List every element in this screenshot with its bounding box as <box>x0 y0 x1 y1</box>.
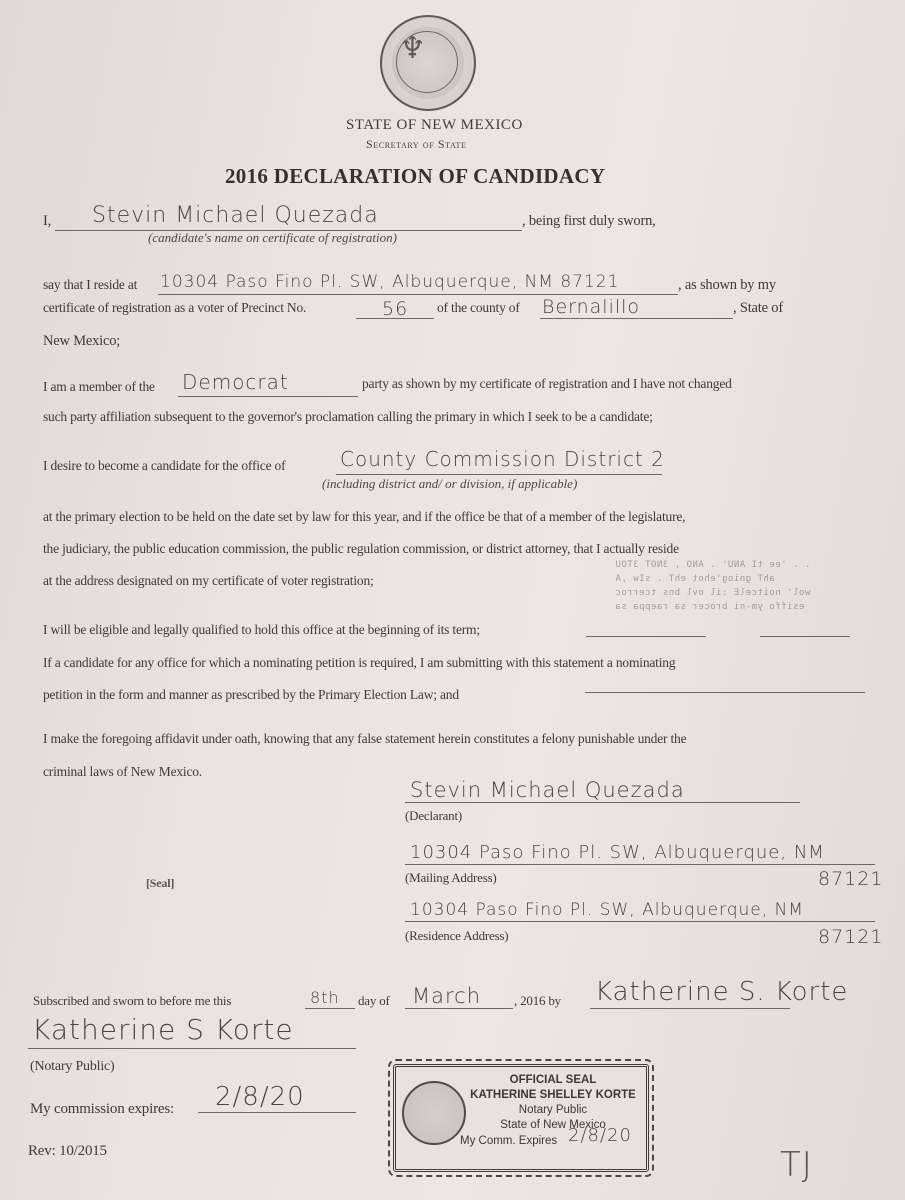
county-suffix: , State of <box>733 300 783 317</box>
prefix-i: I, <box>43 213 51 230</box>
residence-field[interactable]: 10304 Paso Fino Pl. SW, Albuquerque, NM … <box>160 272 619 292</box>
eligible-line <box>586 636 706 637</box>
primary-paragraph-1: at the primary election to be held on th… <box>43 509 685 525</box>
day-field[interactable]: 8th <box>310 988 340 1007</box>
party-line <box>178 396 358 397</box>
mailing-line <box>405 864 875 865</box>
day-of-text: day of <box>358 993 390 1009</box>
seal-placeholder: [Seal] <box>146 876 174 891</box>
bleed-through-text: esiffo ym-ni brocer sa raeppa sa <box>615 602 804 612</box>
party-field[interactable]: Democrat <box>182 370 289 394</box>
notary-signature-line <box>28 1048 356 1049</box>
declarant-label: (Declarant) <box>405 808 462 824</box>
residence-sig-line <box>405 921 875 922</box>
primary-paragraph-2: the judiciary, the public education comm… <box>43 541 679 557</box>
petition-paragraph-2: petition in the form and manner as presc… <box>43 687 459 703</box>
notary-by-name-field[interactable]: Katherine S. Korte <box>595 977 848 1007</box>
eligible-paragraph: I will be eligible and legally qualified… <box>43 622 480 638</box>
affidavit-paragraph-2: criminal laws of New Mexico. <box>43 764 202 780</box>
reside-suffix: , as shown by my <box>678 277 776 294</box>
office-prefix: I desire to become a candidate for the o… <box>43 458 285 474</box>
mailing-label: (Mailing Address) <box>405 870 497 886</box>
bleed-through-text: wol' noitcelE :il ovl bns tcerroc <box>615 588 810 598</box>
residence-line <box>158 294 678 295</box>
commission-expires-field[interactable]: 2/8/20 <box>215 1082 305 1112</box>
state-heading: STATE OF NEW MEXICO <box>346 117 523 134</box>
by-line <box>590 1008 790 1009</box>
bleed-through-text: ahT gniog'ehot ehT . sIw ,A <box>615 574 775 584</box>
eligible-line-2 <box>760 636 850 637</box>
county-prefix: of the county of <box>437 300 520 316</box>
commission-label: My commission expires: <box>30 1101 174 1118</box>
county-field[interactable]: Bernalillo <box>542 296 640 318</box>
notary-seal-icon <box>402 1081 466 1145</box>
residence-zip-field[interactable]: 87121 <box>818 926 883 948</box>
petition-line <box>585 692 865 693</box>
mailing-address-field[interactable]: 10304 Paso Fino Pl. SW, Albuquerque, NM <box>410 842 825 863</box>
official-seal-stamp: OFFICIAL SEAL KATHERINE SHELLEY KORTE No… <box>393 1064 649 1172</box>
mailing-zip-field[interactable]: 87121 <box>818 868 883 890</box>
month-line <box>405 1008 513 1009</box>
party-suffix: party as shown by my certificate of regi… <box>362 376 732 392</box>
residence-label: (Residence Address) <box>405 928 508 944</box>
stamp-expires-field[interactable]: 2/8/20 <box>568 1125 632 1146</box>
stamp-line-5: My Comm. Expires <box>460 1134 557 1149</box>
state-seal-icon: ♆ <box>380 15 476 111</box>
affidavit-paragraph-1: I make the foregoing affidavit under oat… <box>43 731 686 747</box>
candidate-name-field[interactable]: Stevin Michael Quezada <box>92 203 379 228</box>
name-caption: (candidate's name on certificate of regi… <box>148 230 397 246</box>
petition-paragraph-1: If a candidate for any office for which … <box>43 655 675 671</box>
precinct-field[interactable]: 56 <box>382 298 408 320</box>
revision-label: Rev: 10/2015 <box>28 1143 107 1160</box>
notary-signature[interactable]: Katherine S Korte <box>32 1013 294 1046</box>
commission-line <box>198 1112 356 1113</box>
year-text: , 2016 by <box>514 993 561 1009</box>
office-field[interactable]: County Commission District 2 <box>340 447 665 471</box>
notary-label: (Notary Public) <box>30 1059 114 1075</box>
party-prefix: I am a member of the <box>43 379 155 395</box>
residence-address-field[interactable]: 10304 Paso Fino Pl. SW, Albuquerque, NM <box>410 900 804 920</box>
declarant-signature[interactable]: Stevin Michael Quezada <box>410 778 685 802</box>
county-line <box>540 318 733 319</box>
office-caption: (including district and/ or division, if… <box>322 476 577 492</box>
sworn-prefix: Subscribed and sworn to before me this <box>33 993 231 1009</box>
reside-prefix: say that I reside at <box>43 277 137 293</box>
declarant-line <box>405 802 800 803</box>
page-title: 2016 DECLARATION OF CANDIDACY <box>225 164 605 189</box>
stamp-line-1: OFFICIAL SEAL <box>468 1073 638 1088</box>
eagle-icon: ♆ <box>399 31 426 66</box>
office-line <box>336 474 662 475</box>
office-heading: Secretary of State <box>366 137 466 152</box>
day-line <box>305 1008 355 1009</box>
bleed-through-text: . . 'ee tI ANU' . ANO , 3NOT 3TOU <box>615 560 810 570</box>
initials-mark: TJ <box>780 1145 813 1185</box>
party-line-2: such party affiliation subsequent to the… <box>43 409 653 425</box>
stamp-line-3: Notary Public <box>468 1103 638 1118</box>
stamp-line-2: KATHERINE SHELLEY KORTE <box>468 1088 638 1103</box>
month-field[interactable]: March <box>412 984 481 1008</box>
state-line: New Mexico; <box>43 333 120 350</box>
sworn-text: , being first duly sworn, <box>522 213 656 230</box>
primary-paragraph-3: at the address designated on my certific… <box>43 573 374 589</box>
precinct-prefix: certificate of registration as a voter o… <box>43 300 306 316</box>
